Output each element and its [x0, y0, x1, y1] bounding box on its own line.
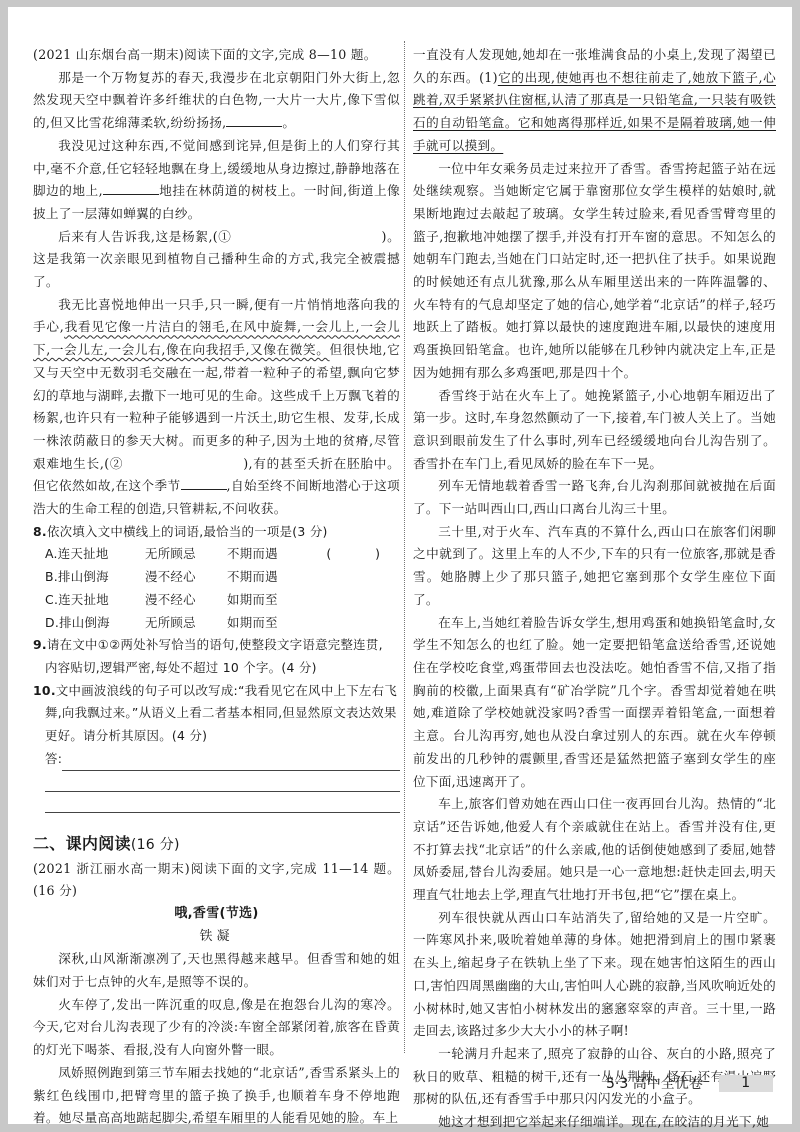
answer-label: 答: — [45, 748, 62, 771]
paragraph: 在车上,当她红着脸告诉女学生,想用鸡蛋和她换铅笔盒时,女学生不知怎么的也红了脸。… — [413, 612, 776, 794]
fill-blank[interactable] — [181, 475, 227, 490]
option-c[interactable]: C.连天扯地漫不经心如期而至 — [33, 589, 400, 612]
section-title: 二、课内阅读(16 分) — [33, 831, 400, 858]
article-author: 铁凝 — [33, 926, 400, 949]
paragraph: 凤娇照例跑到第三节车厢去找她的“北京话”,香雪系紧头上的紫红色线围巾,把臂弯里的… — [33, 1062, 400, 1130]
paragraph: 火车停了,发出一阵沉重的叹息,像是在抱怨台儿沟的寒冷。今天,它对台儿沟表现了少有… — [33, 994, 400, 1062]
article-title: 哦,香雪(节选) — [33, 903, 400, 926]
fill-blank[interactable] — [226, 112, 282, 127]
answer-line[interactable] — [62, 750, 400, 771]
paragraph: 我无比喜悦地伸出一只手,只一瞬,便有一片悄悄地落向我的手心,我看见它像一片洁白的… — [33, 294, 400, 521]
paragraph: 后来有人告诉我,这是杨絮,(①)。这是我第一次亲眼见到植物自己播种生命的方式,我… — [33, 226, 400, 294]
question-10: 10.文中画波浪线的句子可以改写成:“我看见它在风中上下左右飞 舞,向我飘过来。… — [33, 680, 400, 813]
paragraph: 一直没有人发现她,她却在一张堆满食品的小桌上,发现了渴望已久的东西。(1)它的出… — [413, 44, 776, 158]
question-9: 9.请在文中①②两处补写恰当的语句,使整段文字语意完整连贯, 内容贴切,逻辑严密… — [33, 634, 400, 679]
paragraph: 我没见过这种东西,不觉间感到诧异,但是街上的人们穿行其中,毫不介意,任它轻轻地飘… — [33, 135, 400, 226]
page-number: 1 — [719, 1075, 773, 1092]
paragraph: 她这才想到把它举起来仔细端详。现在,在皎洁的月光下,她 — [413, 1111, 776, 1132]
right-column: 一直没有人发现她,她却在一张堆满食品的小桌上,发现了渴望已久的东西。(1)它的出… — [413, 44, 776, 1132]
option-b[interactable]: B.排山倒海漫不经心不期而遇 — [33, 566, 400, 589]
fill-blank[interactable] — [103, 180, 159, 195]
answer-line[interactable] — [45, 792, 400, 813]
paragraph: 列车很快就从西山口车站消失了,留给她的又是一片空旷。一阵寒风扑来,吸吮着她单薄的… — [413, 907, 776, 1043]
footer-brand: 5·3 高中全优卷 — [606, 1073, 703, 1093]
passage-source: (2021 浙江丽水高一期末)阅读下面的文字,完成 11—14 题。(16 分) — [33, 858, 400, 903]
option-d[interactable]: D.排山倒海无所顾忌如期而至 — [33, 612, 400, 635]
paragraph: 车上,旅客们曾劝她在西山口住一夜再回台儿沟。热情的“北京话”还告诉她,他爱人有个… — [413, 793, 776, 907]
left-column: (2021 山东烟台高一期末)阅读下面的文字,完成 8—10 题。 那是一个万物… — [33, 44, 400, 1130]
paragraph: 香雪终于站在火车上了。她挽紧篮子,小心地朝车厢迈出了第一步。这时,车身忽然颤动了… — [413, 385, 776, 476]
page-footer: 5·3 高中全优卷 1 — [606, 1073, 773, 1093]
paragraph: 三十里,对于火车、汽车真的不算什么,西山口在旅客们闲聊之中就到了。这里上车的人不… — [413, 521, 776, 612]
exam-page: (2021 山东烟台高一期末)阅读下面的文字,完成 8—10 题。 那是一个万物… — [8, 7, 792, 1124]
paragraph: 那是一个万物复苏的春天,我漫步在北京朝阳门外大街上,忽然发现天空中飘着许多纤维状… — [33, 67, 400, 135]
passage-source: (2021 山东烟台高一期末)阅读下面的文字,完成 8—10 题。 — [33, 44, 400, 67]
answer-paren[interactable]: ( ) — [326, 543, 400, 566]
column-divider — [404, 41, 405, 1053]
paragraph: 深秋,山风渐渐凛冽了,天也黑得越来越早。但香雪和她的姐妹们对于七点钟的火车,是照… — [33, 948, 400, 993]
paragraph: 一位中年女乘务员走过来拉开了香雪。香雪挎起篮子站在远处继续观察。当她断定它属于靠… — [413, 158, 776, 385]
answer-line[interactable] — [45, 771, 400, 792]
option-a[interactable]: A.连天扯地无所顾忌不期而遇 — [33, 543, 326, 566]
paragraph: 列车无情地载着香雪一路飞奔,台儿沟刹那间就被抛在后面了。下一站叫西山口,西山口离… — [413, 475, 776, 520]
question-8: 8.依次填入文中横线上的词语,最恰当的一项是(3 分)( ) A.连天扯地无所顾… — [33, 521, 400, 635]
